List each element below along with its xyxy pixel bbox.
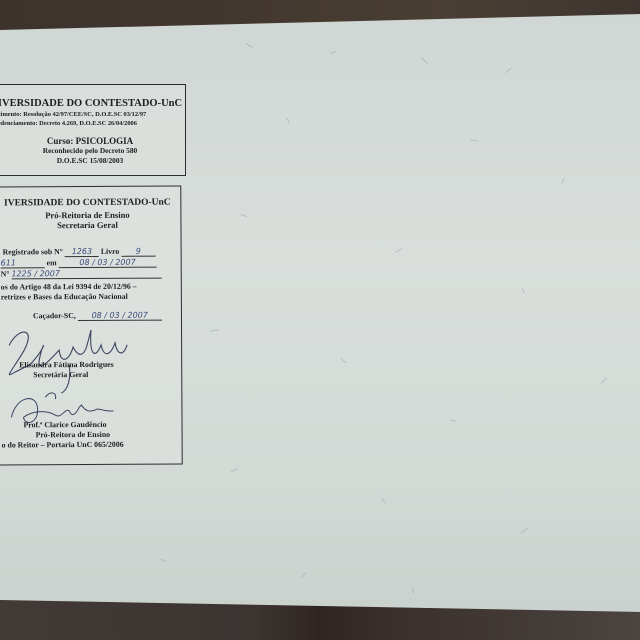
book-number: 9 (121, 247, 155, 257)
law-line-2: retrizes e Bases da Educação Nacional (1, 292, 128, 302)
registered-label: Registrado sob N° (3, 247, 63, 256)
course-recognition-stamp: IVERSIDADE DO CONTESTADO-UnC ecimento: R… (0, 84, 186, 176)
course-recognized: Reconhecido pelo Decreto 580 (0, 146, 185, 156)
signature-secretary (0, 315, 139, 396)
page-value: 611 (1, 258, 45, 268)
signer2-reference: o do Reitor – Portaria UnC 065/2006 (2, 440, 124, 450)
recognition-line: ecimento: Resolução 42/97/CEE/SC, D.O.E.… (0, 110, 185, 119)
signer1-name: Elisandra Fátima Rodrigues (19, 360, 113, 369)
stamp-institution: IVERSIDADE DO CONTESTADO-UnC (0, 97, 185, 110)
registration-date-row: 611 em 08 / 03 / 2007 (1, 258, 157, 269)
process-row: N° 1225 / 2007 (1, 269, 162, 280)
course-name: Curso: PSICOLOGIA (0, 136, 185, 146)
stamp-institution: IVERSIDADE DO CONTESTADO-UnC (0, 197, 180, 211)
process-label: N° (1, 269, 10, 278)
process-value: 1225 / 2007 (11, 269, 161, 280)
stamp-office: Secretaria Geral (0, 220, 180, 231)
date-value: 08 / 03 / 2007 (59, 258, 157, 269)
book-label: Livro (101, 247, 120, 256)
registration-number-row: Registrado sob N° 1263 Livro 9 (3, 247, 156, 258)
registration-stamp: IVERSIDADE DO CONTESTADO-UnC Pró-Reitori… (0, 186, 183, 466)
signer1-title: Secretária Geral (33, 370, 88, 379)
diploma-paper: IVERSIDADE DO CONTESTADO-UnC ecimento: R… (0, 0, 640, 640)
accreditation-line: redenciamento: Decreto 4.269, D.O.E.SC 2… (0, 119, 185, 128)
law-line-1: os do Artigo 48 da Lei 9394 de 20/12/96 … (1, 282, 137, 292)
course-doesc: D.O.E.SC 15/08/2003 (0, 156, 185, 166)
signer2-name: Prof.ª Clarice Gaudêncio (23, 420, 106, 429)
registered-number: 1263 (65, 247, 99, 257)
date-label: em (47, 258, 57, 267)
signer2-title: Pró-Reitora de Ensino (36, 430, 111, 439)
